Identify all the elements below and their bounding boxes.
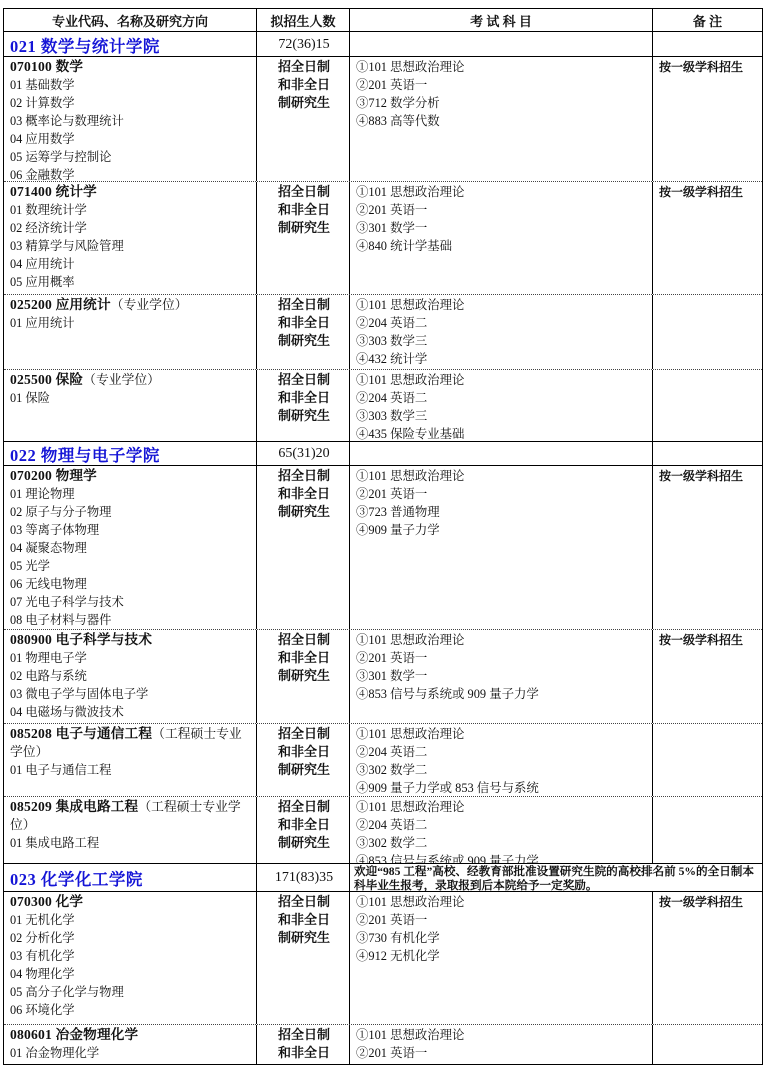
scanned-admissions-page: 专业代码、名称及研究方向 拟招生人数 考 试 科 目 备 注 021 数学与统计… [0, 0, 767, 1072]
exam-subjects-cell: ①101 思想政治理论②204 英语二③303 数学三④432 统计学 [349, 295, 652, 369]
direction-item: 01 基础数学 [10, 76, 252, 94]
direction-item: 03 微电子学与固体电子学 [10, 685, 252, 703]
program-row-070100: 070100 数学01 基础数学02 计算数学03 概率论与数理统计04 应用数… [4, 56, 762, 181]
exam-subject-item: ④435 保险专业基础 [356, 425, 648, 441]
college-row-023: 023 化学化工学院171(83)35欢迎“985 工程”高校、经教育部批准设置… [4, 863, 762, 891]
exam-subject-item: ③302 数学二 [356, 834, 648, 852]
enrollment-line: 制研究生 [263, 503, 345, 521]
exam-subject-item: ④883 高等代数 [356, 112, 648, 130]
program-row-025500: 025500 保险（专业学位）01 保险招全日制和非全日制研究生①101 思想政… [4, 369, 762, 441]
admissions-table: 专业代码、名称及研究方向 拟招生人数 考 试 科 目 备 注 021 数学与统计… [3, 8, 763, 1065]
exam-subject-item: ②204 英语二 [356, 389, 648, 407]
exam-subjects-cell: ①101 思想政治理论②201 英语一③723 普通物理④909 量子力学 [349, 466, 652, 629]
exam-subject-item: ③303 数学三 [356, 407, 648, 425]
exam-subject-item: ②201 英语一 [356, 649, 648, 667]
exam-subjects-cell: ①101 思想政治理论②204 英语二③302 数学二④853 信号与系统或 9… [349, 797, 652, 863]
college-row-021: 021 数学与统计学院72(36)15 [4, 31, 762, 56]
program-code-title: 025500 保险（专业学位） [10, 371, 252, 389]
exam-subject-item: ①101 思想政治理论 [356, 58, 648, 76]
direction-item: 05 运筹学与控制论 [10, 148, 252, 166]
remark-cell: 按一级学科招生 [652, 57, 762, 181]
direction-item: 04 凝聚态物理 [10, 539, 252, 557]
college-title: 022 物理与电子学院 [10, 442, 160, 465]
remark-text: 按一级学科招生 [659, 58, 758, 75]
enrollment-count: 72(36)15 [278, 37, 329, 53]
remark-cell: 按一级学科招生 [652, 182, 762, 294]
exam-subject-item: ①101 思想政治理论 [356, 725, 648, 743]
program-name-cell: 070200 物理学01 理论物理02 原子与分子物理03 等离子体物理04 凝… [4, 466, 256, 629]
exam-subject-item: ④853 信号与系统或 909 量子力学 [356, 685, 648, 703]
enrollment-line: 和非全日 [263, 743, 345, 761]
program-name-cell: 071400 统计学01 数理统计学02 经济统计学03 精算学与风险管理04 … [4, 182, 256, 294]
direction-item: 01 理论物理 [10, 485, 252, 503]
exam-subject-item: ④432 统计学 [356, 350, 648, 368]
direction-item: 01 电子与通信工程 [10, 761, 252, 779]
empty-remark-cell [652, 32, 762, 56]
direction-item: 06 环境化学 [10, 1001, 252, 1019]
exam-subjects-cell: ①101 思想政治理论②201 英语一③712 数学分析④883 高等代数 [349, 57, 652, 181]
remark-cell: 按一级学科招生 [652, 466, 762, 629]
direction-item: 02 原子与分子物理 [10, 503, 252, 521]
enrollment-cell: 招全日制和非全日制研究生 [256, 370, 349, 441]
remark-cell [652, 295, 762, 369]
exam-subjects-cell: ①101 思想政治理论②201 英语一③301 数学一④840 统计学基础 [349, 182, 652, 294]
enrollment-line: 招全日制 [263, 371, 345, 389]
enrollment-cell: 招全日制和非全日 [256, 1025, 349, 1064]
college-name: 021 数学与统计学院 [4, 32, 256, 56]
enrollment-line: 和非全日 [263, 1044, 345, 1062]
enrollment-cell: 招全日制和非全日制研究生 [256, 295, 349, 369]
remark-cell: 按一级学科招生 [652, 892, 762, 1024]
exam-subject-item: ①101 思想政治理论 [356, 183, 648, 201]
enrollment-line: 招全日制 [263, 893, 345, 911]
header-remark-col: 备 注 [652, 9, 762, 31]
program-name-cell: 085208 电子与通信工程（工程硕士专业学位）01 电子与通信工程 [4, 724, 256, 796]
program-code-title: 080900 电子科学与技术 [10, 631, 252, 649]
direction-item: 02 电路与系统 [10, 667, 252, 685]
college-title: 021 数学与统计学院 [10, 33, 160, 57]
direction-item: 01 物理电子学 [10, 649, 252, 667]
exam-subject-item: ②201 英语一 [356, 76, 648, 94]
remark-cell [652, 797, 762, 863]
exam-subject-item: ①101 思想政治理论 [356, 467, 648, 485]
enrollment-line: 招全日制 [263, 183, 345, 201]
college-enrollment-count: 171(83)35 [256, 864, 349, 891]
program-name-cell: 025200 应用统计（专业学位）01 应用统计 [4, 295, 256, 369]
exam-subject-item: ①101 思想政治理论 [356, 631, 648, 649]
empty-remark-cell [652, 442, 762, 465]
enrollment-count: 171(83)35 [275, 870, 333, 886]
enrollment-line: 制研究生 [263, 219, 345, 237]
exam-subject-item: ②201 英语一 [356, 201, 648, 219]
enrollment-line: 和非全日 [263, 76, 345, 94]
enrollment-line: 招全日制 [263, 725, 345, 743]
direction-item: 04 应用数学 [10, 130, 252, 148]
exam-subjects-cell: ①101 思想政治理论②201 英语一 [349, 1025, 652, 1064]
remark-cell [652, 1025, 762, 1064]
remark-cell [652, 724, 762, 796]
exam-subject-item: ②204 英语二 [356, 816, 648, 834]
direction-item: 05 应用概率 [10, 273, 252, 291]
enrollment-line: 招全日制 [263, 467, 345, 485]
exam-subject-item: ①101 思想政治理论 [356, 296, 648, 314]
program-name-cell: 085209 集成电路工程（工程硕士专业学位）01 集成电路工程 [4, 797, 256, 863]
college-name: 022 物理与电子学院 [4, 442, 256, 465]
enrollment-line: 制研究生 [263, 761, 345, 779]
enrollment-line: 制研究生 [263, 667, 345, 685]
enrollment-cell: 招全日制和非全日制研究生 [256, 182, 349, 294]
college-title: 023 化学化工学院 [10, 866, 143, 890]
exam-subject-item: ①101 思想政治理论 [356, 1026, 648, 1044]
enrollment-line: 制研究生 [263, 332, 345, 350]
program-row-085208: 085208 电子与通信工程（工程硕士专业学位）01 电子与通信工程招全日制和非… [4, 723, 762, 796]
enrollment-line: 制研究生 [263, 929, 345, 947]
enrollment-line: 制研究生 [263, 834, 345, 852]
exam-subject-item: ③723 普通物理 [356, 503, 648, 521]
direction-item: 07 光电子科学与技术 [10, 593, 252, 611]
program-name-cell: 080900 电子科学与技术01 物理电子学02 电路与系统03 微电子学与固体… [4, 630, 256, 723]
direction-item: 08 电子材料与器件 [10, 611, 252, 629]
direction-item: 04 物理化学 [10, 965, 252, 983]
enrollment-line: 招全日制 [263, 1026, 345, 1044]
college-enrollment-count: 65(31)20 [256, 442, 349, 465]
enrollment-line: 和非全日 [263, 485, 345, 503]
enrollment-count: 65(31)20 [278, 446, 329, 462]
direction-item: 03 精算学与风险管理 [10, 237, 252, 255]
exam-subject-item: ③712 数学分析 [356, 94, 648, 112]
header-enrollment-col: 拟招生人数 [256, 9, 349, 31]
exam-subject-item: ①101 思想政治理论 [356, 371, 648, 389]
program-row-025200: 025200 应用统计（专业学位）01 应用统计招全日制和非全日制研究生①101… [4, 294, 762, 369]
enrollment-line: 和非全日 [263, 649, 345, 667]
enrollment-cell: 招全日制和非全日制研究生 [256, 466, 349, 629]
table-header-row: 专业代码、名称及研究方向 拟招生人数 考 试 科 目 备 注 [4, 9, 762, 31]
exam-subject-item: ④840 统计学基础 [356, 237, 648, 255]
empty-exam-cell [349, 442, 652, 465]
exam-subjects-cell: ①101 思想政治理论②204 英语二③303 数学三④435 保险专业基础 [349, 370, 652, 441]
header-exam-col: 考 试 科 目 [349, 9, 652, 31]
program-row-071400: 071400 统计学01 数理统计学02 经济统计学03 精算学与风险管理04 … [4, 181, 762, 294]
program-row-080900: 080900 电子科学与技术01 物理电子学02 电路与系统03 微电子学与固体… [4, 629, 762, 723]
exam-subject-item: ③730 有机化学 [356, 929, 648, 947]
exam-subject-item: ③303 数学三 [356, 332, 648, 350]
exam-subjects-cell: ①101 思想政治理论②204 英语二③302 数学二④909 量子力学或 85… [349, 724, 652, 796]
program-code-title: 070200 物理学 [10, 467, 252, 485]
college-remark: 欢迎“985 工程”高校、经教育部批准设置研究生院的高校排名前 5%的全日制本科… [349, 864, 762, 891]
college-name: 023 化学化工学院 [4, 864, 256, 891]
enrollment-cell: 招全日制和非全日制研究生 [256, 630, 349, 723]
remark-text: 按一级学科招生 [659, 893, 758, 910]
header-major-col: 专业代码、名称及研究方向 [4, 9, 256, 31]
program-name-cell: 070100 数学01 基础数学02 计算数学03 概率论与数理统计04 应用数… [4, 57, 256, 181]
direction-item: 02 经济统计学 [10, 219, 252, 237]
program-name-cell: 080601 冶金物理化学01 冶金物理化学 [4, 1025, 256, 1064]
exam-subject-item: ④909 量子力学或 853 信号与系统 [356, 779, 648, 796]
program-name-cell: 070300 化学01 无机化学02 分析化学03 有机化学04 物理化学05 … [4, 892, 256, 1024]
exam-subject-item: ③301 数学一 [356, 219, 648, 237]
direction-item: 01 集成电路工程 [10, 834, 252, 852]
college-row-022: 022 物理与电子学院65(31)20 [4, 441, 762, 465]
program-code-title: 080601 冶金物理化学 [10, 1026, 252, 1044]
enrollment-line: 招全日制 [263, 58, 345, 76]
direction-item: 02 计算数学 [10, 94, 252, 112]
exam-subject-item: ②204 英语二 [356, 314, 648, 332]
direction-item: 02 分析化学 [10, 929, 252, 947]
empty-exam-cell [349, 32, 652, 56]
direction-item: 04 电磁场与微波技术 [10, 703, 252, 721]
enrollment-line: 招全日制 [263, 296, 345, 314]
direction-item: 01 无机化学 [10, 911, 252, 929]
enrollment-line: 招全日制 [263, 631, 345, 649]
remark-text: 按一级学科招生 [659, 631, 758, 648]
program-row-085209: 085209 集成电路工程（工程硕士专业学位）01 集成电路工程招全日制和非全日… [4, 796, 762, 863]
program-row-080601: 080601 冶金物理化学01 冶金物理化学招全日制和非全日①101 思想政治理… [4, 1024, 762, 1064]
program-row-070300: 070300 化学01 无机化学02 分析化学03 有机化学04 物理化学05 … [4, 891, 762, 1024]
exam-subject-item: ①101 思想政治理论 [356, 798, 648, 816]
enrollment-line: 和非全日 [263, 816, 345, 834]
direction-item: 05 光学 [10, 557, 252, 575]
enrollment-line: 和非全日 [263, 911, 345, 929]
direction-item: 04 应用统计 [10, 255, 252, 273]
remark-cell: 按一级学科招生 [652, 630, 762, 723]
enrollment-line: 招全日制 [263, 798, 345, 816]
program-row-070200: 070200 物理学01 理论物理02 原子与分子物理03 等离子体物理04 凝… [4, 465, 762, 629]
exam-subject-item: ②201 英语一 [356, 1044, 648, 1062]
program-name-cell: 025500 保险（专业学位）01 保险 [4, 370, 256, 441]
exam-subject-item: ②201 英语一 [356, 911, 648, 929]
exam-subject-item: ④853 信号与系统或 909 量子力学 [356, 852, 648, 863]
direction-item: 03 有机化学 [10, 947, 252, 965]
program-code-title: 070100 数学 [10, 58, 252, 76]
direction-item: 01 数理统计学 [10, 201, 252, 219]
direction-item: 01 应用统计 [10, 314, 252, 332]
direction-item: 03 等离子体物理 [10, 521, 252, 539]
remark-text: 按一级学科招生 [659, 467, 758, 484]
exam-subject-item: ③302 数学二 [356, 761, 648, 779]
remark-cell [652, 370, 762, 441]
enrollment-cell: 招全日制和非全日制研究生 [256, 724, 349, 796]
enrollment-line: 和非全日 [263, 389, 345, 407]
direction-item: 03 概率论与数理统计 [10, 112, 252, 130]
direction-item: 05 高分子化学与物理 [10, 983, 252, 1001]
direction-item: 06 无线电物理 [10, 575, 252, 593]
direction-item: 06 金融数学 [10, 166, 252, 181]
exam-subjects-cell: ①101 思想政治理论②201 英语一③730 有机化学④912 无机化学 [349, 892, 652, 1024]
exam-subject-item: ②201 英语一 [356, 485, 648, 503]
enrollment-cell: 招全日制和非全日制研究生 [256, 57, 349, 181]
enrollment-line: 制研究生 [263, 94, 345, 112]
exam-subject-item: ②204 英语二 [356, 743, 648, 761]
enrollment-line: 和非全日 [263, 314, 345, 332]
program-code-title: 025200 应用统计（专业学位） [10, 296, 252, 314]
direction-item: 01 冶金物理化学 [10, 1044, 252, 1062]
direction-item: 01 保险 [10, 389, 252, 407]
enrollment-cell: 招全日制和非全日制研究生 [256, 797, 349, 863]
remark-text: 按一级学科招生 [659, 183, 758, 200]
program-code-title: 070300 化学 [10, 893, 252, 911]
program-code-title: 085209 集成电路工程（工程硕士专业学位） [10, 798, 252, 834]
enrollment-line: 制研究生 [263, 407, 345, 425]
enrollment-cell: 招全日制和非全日制研究生 [256, 892, 349, 1024]
enrollment-line: 和非全日 [263, 201, 345, 219]
exam-subject-item: ④909 量子力学 [356, 521, 648, 539]
exam-subject-item: ①101 思想政治理论 [356, 893, 648, 911]
program-code-title: 085208 电子与通信工程（工程硕士专业学位） [10, 725, 252, 761]
college-enrollment-count: 72(36)15 [256, 32, 349, 56]
exam-subjects-cell: ①101 思想政治理论②201 英语一③301 数学一④853 信号与系统或 9… [349, 630, 652, 723]
exam-subject-item: ③301 数学一 [356, 667, 648, 685]
exam-subject-item: ④912 无机化学 [356, 947, 648, 965]
program-code-title: 071400 统计学 [10, 183, 252, 201]
